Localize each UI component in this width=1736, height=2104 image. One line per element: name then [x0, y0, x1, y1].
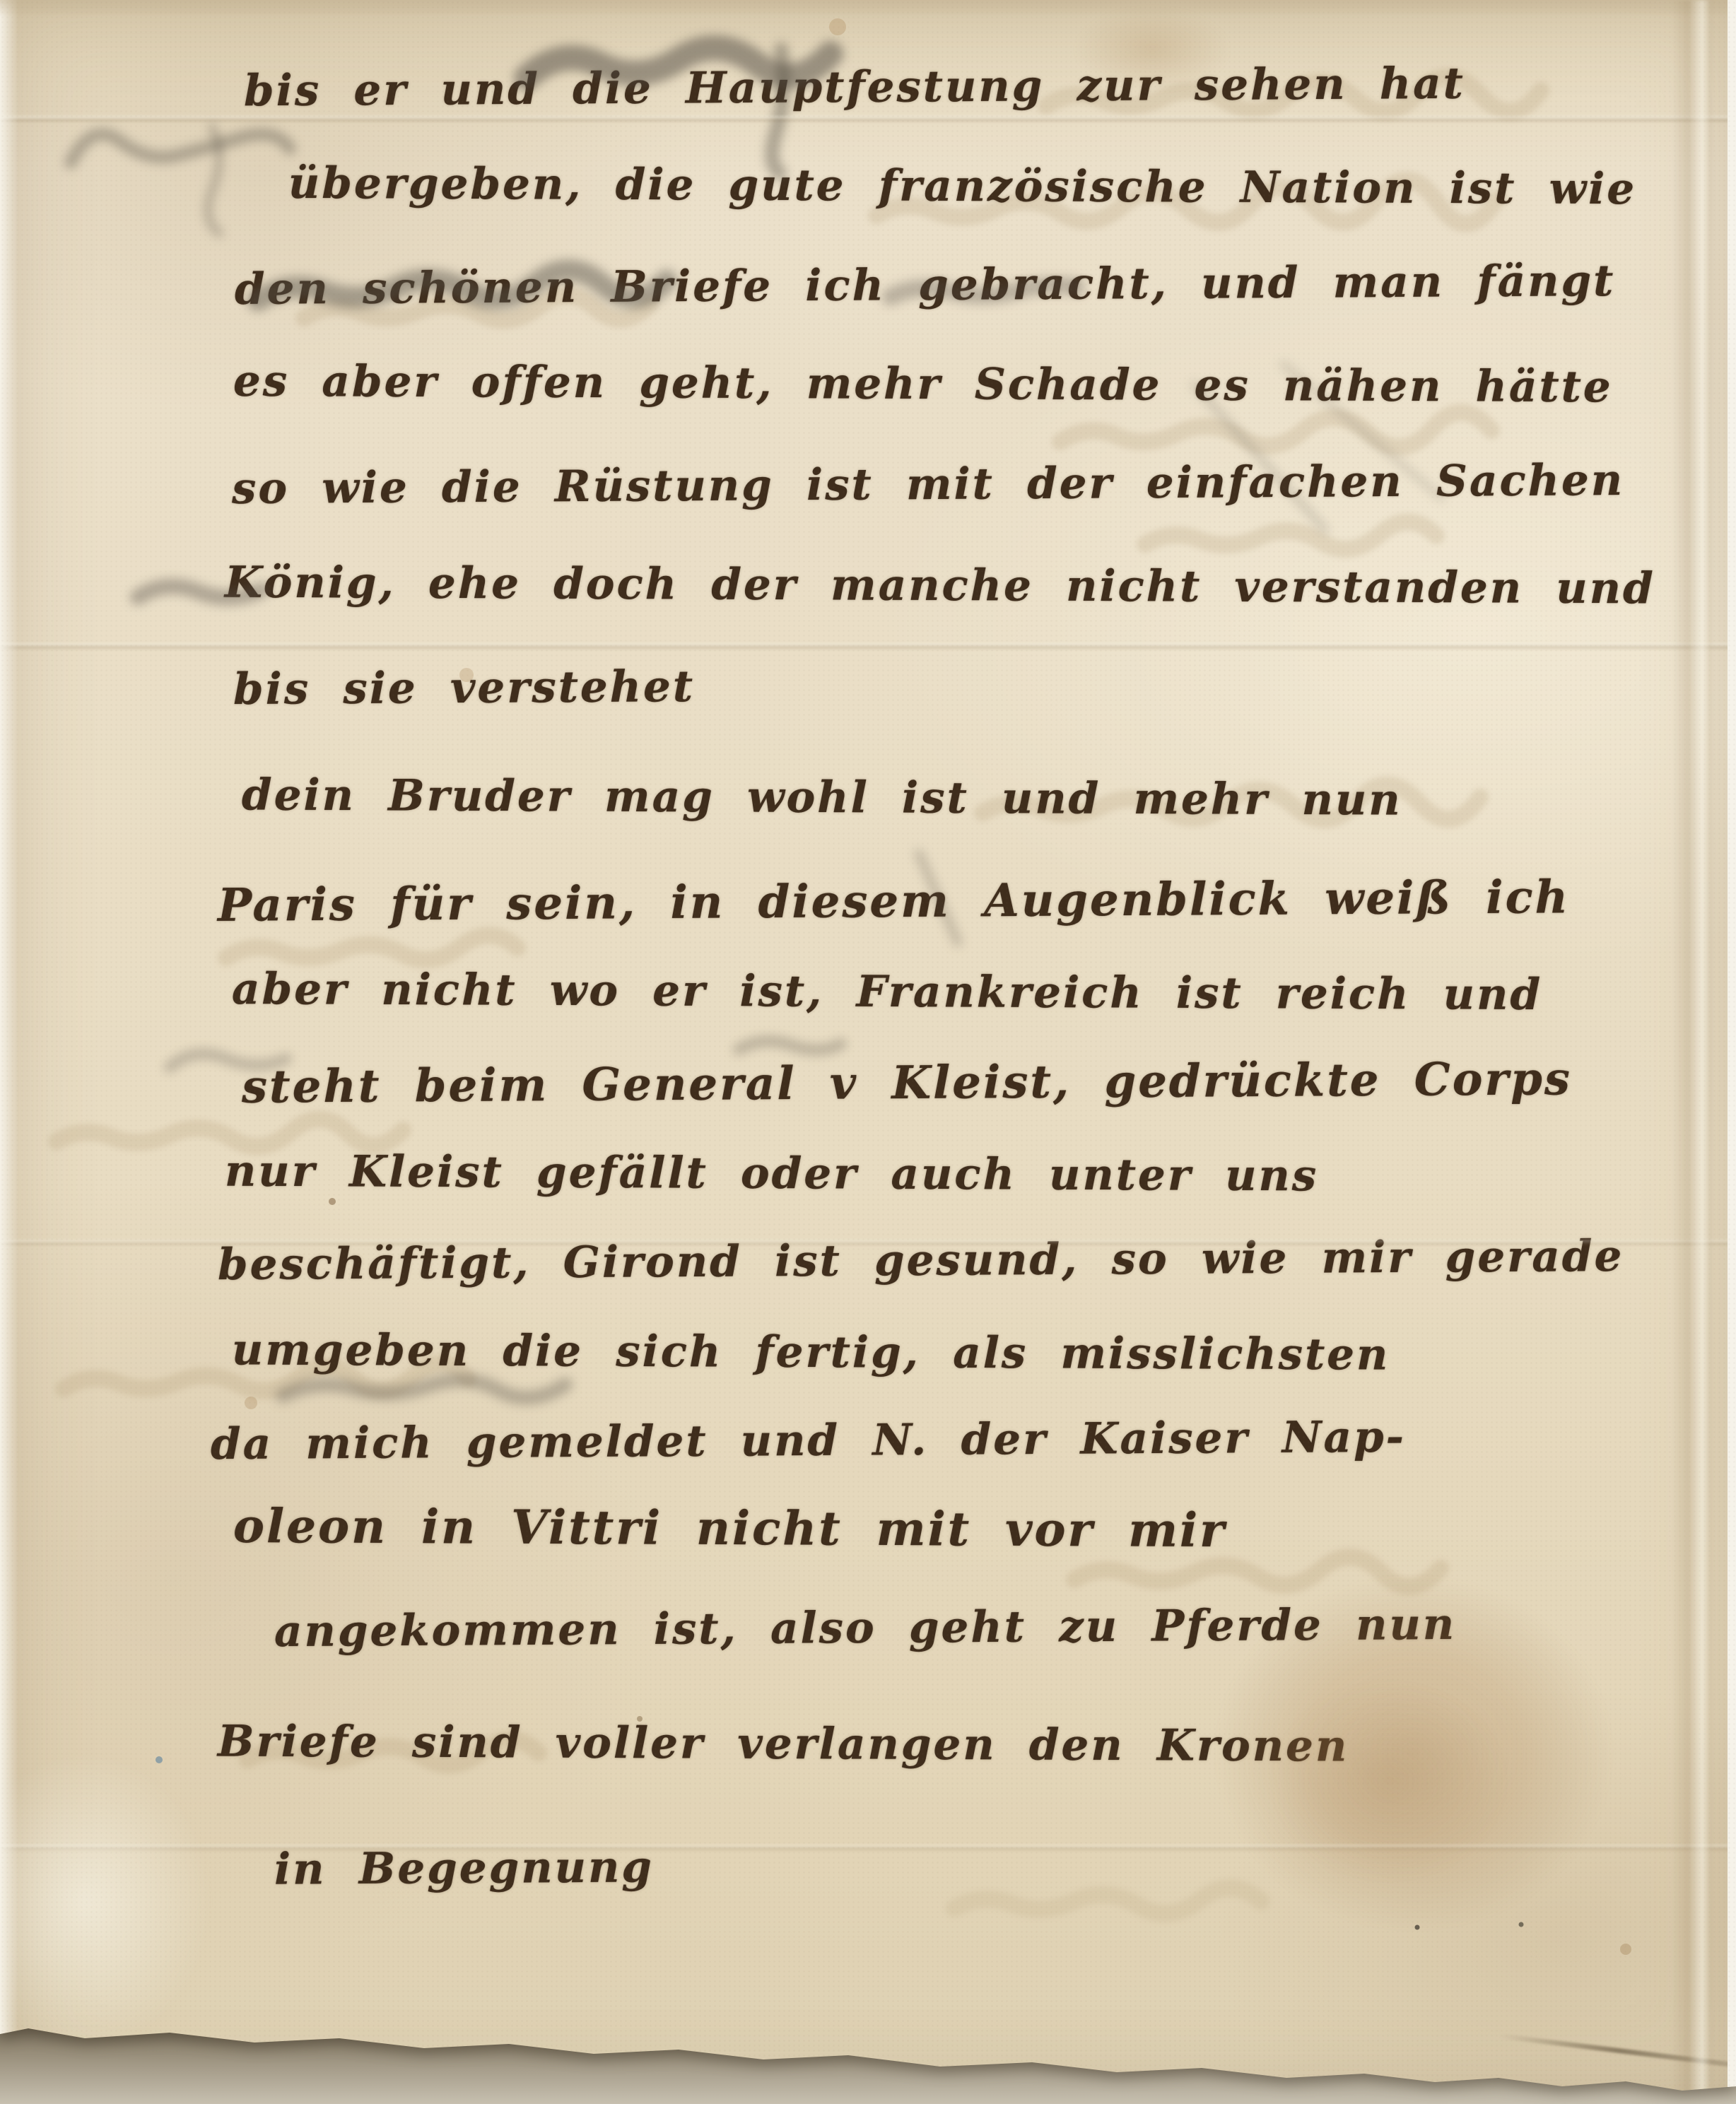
handwriting-line: Briefe sind voller verlangen den Kronen [218, 1717, 1349, 1772]
handwriting-line: umgeben die sich fertig, als misslichste… [232, 1324, 1390, 1380]
handwriting-line: so wie die Rüstung ist mit der einfachen… [232, 455, 1625, 514]
handwriting-line: steht beim General v Kleist, gedrückte C… [242, 1052, 1572, 1113]
paper-crease [0, 1845, 1736, 1852]
handwriting-line: bis er und die Hauptfestung zur sehen ha… [244, 59, 1465, 117]
handwriting-line: bis sie verstehet [233, 662, 695, 715]
handwriting-line: übergeben, die gute französische Nation … [288, 158, 1636, 214]
handwriting-line: aber nicht wo er ist, Frankreich ist rei… [232, 964, 1542, 1020]
handwriting-line: es aber offen geht, mehr Schade es nähen… [233, 356, 1613, 413]
paper-shadow-wrap: bis er und die Hauptfestung zur sehen ha… [0, 0, 1736, 2104]
paper-crease [1672, 0, 1712, 2104]
paper-curl-highlight [0, 1753, 212, 2050]
scan-edge-left [0, 0, 18, 2104]
scan-edge-right [1728, 0, 1736, 2104]
paper-crease [0, 116, 1736, 123]
letter-page: bis er und die Hauptfestung zur sehen ha… [0, 0, 1736, 2104]
scan-edge-top [0, 0, 1736, 17]
handwriting-line: Paris für sein, in diesem Augenblick wei… [218, 871, 1571, 932]
handwriting-line: nur Kleist gefällt oder auch unter uns [225, 1146, 1319, 1201]
paper-crease [0, 1240, 1736, 1247]
scan-background: bis er und die Hauptfestung zur sehen ha… [0, 0, 1736, 2104]
handwriting-line: dein Bruder mag wohl ist und mehr nun [242, 770, 1402, 825]
handwriting-line: den schönen Briefe ich gebracht, und man… [235, 256, 1616, 315]
stain [1074, 7, 1230, 92]
handwriting-line: oleon in Vittri nicht mit vor mir [233, 1498, 1226, 1558]
paper-crease [0, 643, 1736, 650]
handwriting-line: da mich gemeldet und N. der Kaiser Nap- [211, 1412, 1406, 1469]
handwriting-line: König, ehe doch der manche nicht verstan… [225, 558, 1655, 614]
